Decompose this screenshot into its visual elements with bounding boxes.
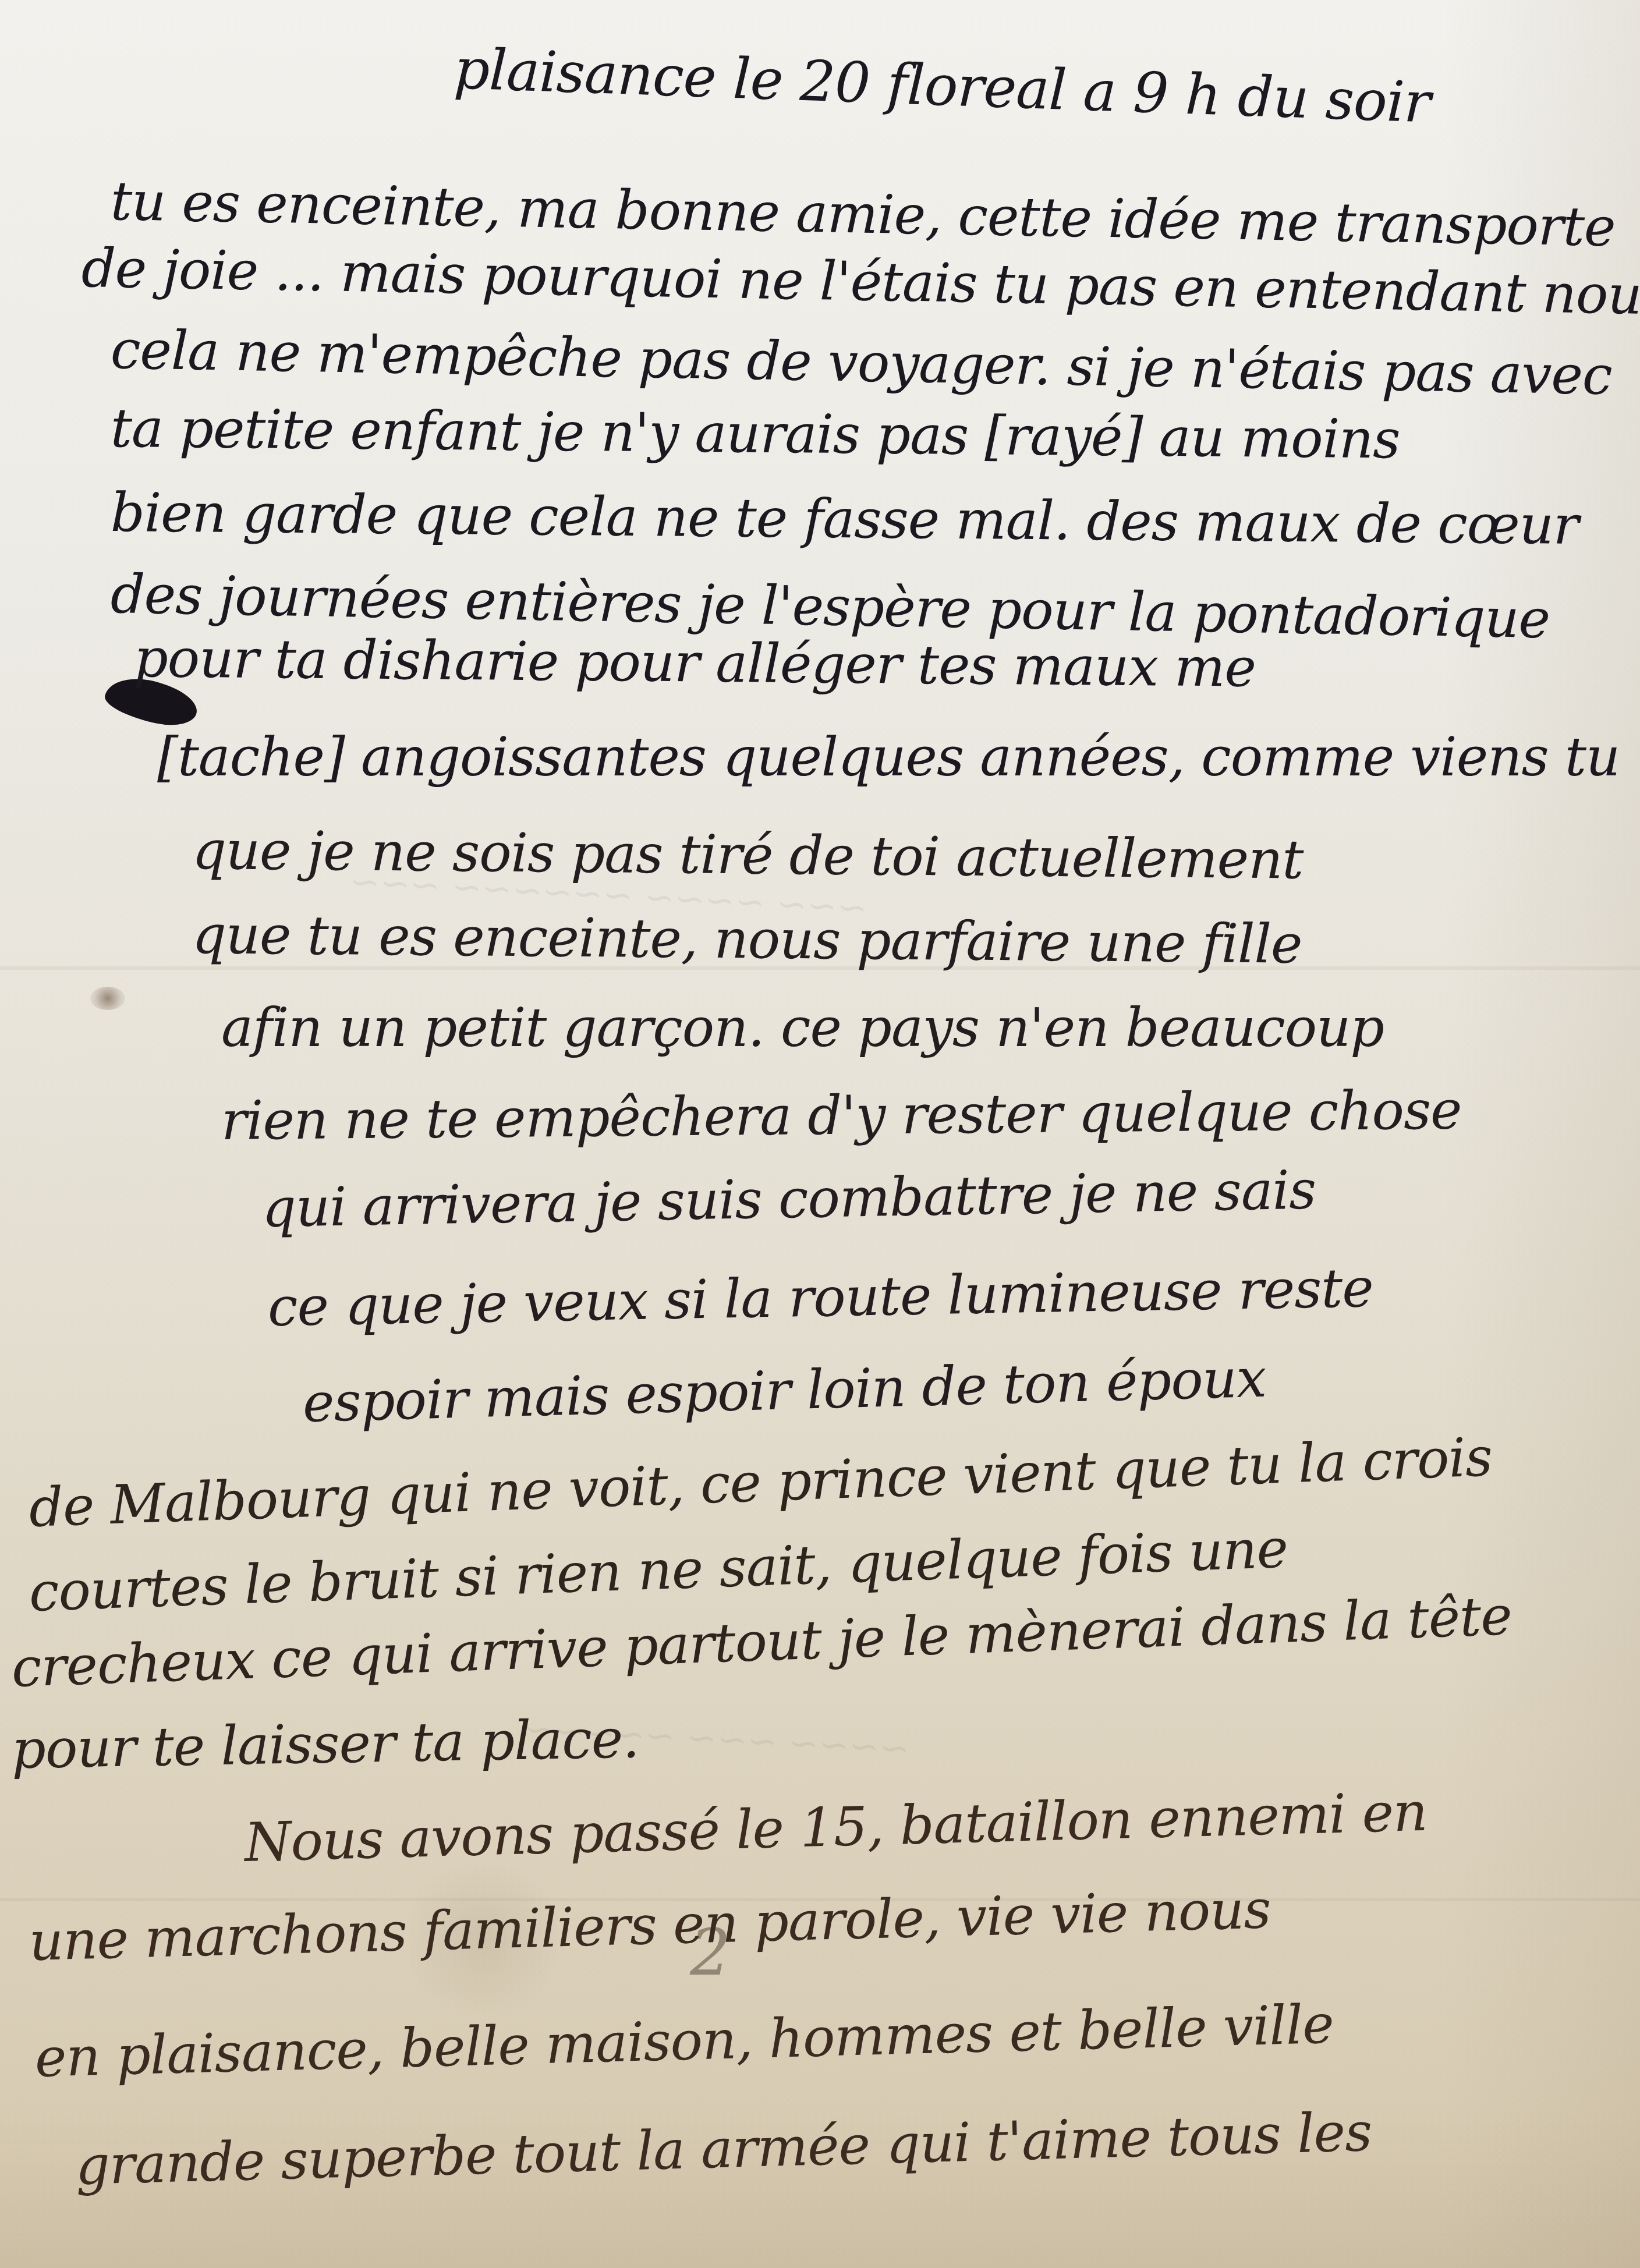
letter-line: [tache] angoissantes quelques années, co… <box>157 731 1620 784</box>
letter-heading-date-place: plaisance le 20 floreal a 9 h du soir <box>453 41 1431 130</box>
letter-line: qui arrivera je suis combattre je ne sai… <box>261 1163 1316 1235</box>
letter-line: ce que je veux si la route lumineuse res… <box>267 1261 1373 1334</box>
letter-line: rien ne te empêchera d'y rester quelque … <box>221 1083 1462 1148</box>
letter-line: espoir mais espoir loin de ton époux <box>302 1352 1267 1430</box>
letter-line: grande superbe tout la armée qui t'aime … <box>75 2106 1373 2193</box>
handwritten-letter: plaisance le 20 floreal a 9 h du soir 2 … <box>0 0 1640 2268</box>
letter-line: Nous avons passé le 15, bataillon ennemi… <box>244 1785 1428 1870</box>
letter-line: pour ta disharie pour alléger tes maux m… <box>134 632 1256 695</box>
ink-smudge <box>90 987 125 1010</box>
letter-line: que tu es enceinte, nous parfaire une fi… <box>192 908 1302 972</box>
letter-line: bien garde que cela ne te fasse mal. des… <box>111 486 1579 552</box>
letter-line: en plaisance, belle maison, hommes et be… <box>34 1998 1334 2085</box>
letter-line: pour te laisser ta place. <box>11 1712 639 1777</box>
letter-line: que je ne sois pas tiré de toi actuellem… <box>192 824 1304 887</box>
letter-line: ta petite enfant je n'y aurais pas [rayé… <box>111 402 1400 466</box>
letter-line: une marchons familiers en parole, vie vi… <box>29 1883 1271 1969</box>
letter-line: cela ne m'empêche pas de voyager. si je … <box>110 323 1612 403</box>
letter-line: afin un petit garçon. ce pays n'en beauc… <box>221 1001 1384 1055</box>
